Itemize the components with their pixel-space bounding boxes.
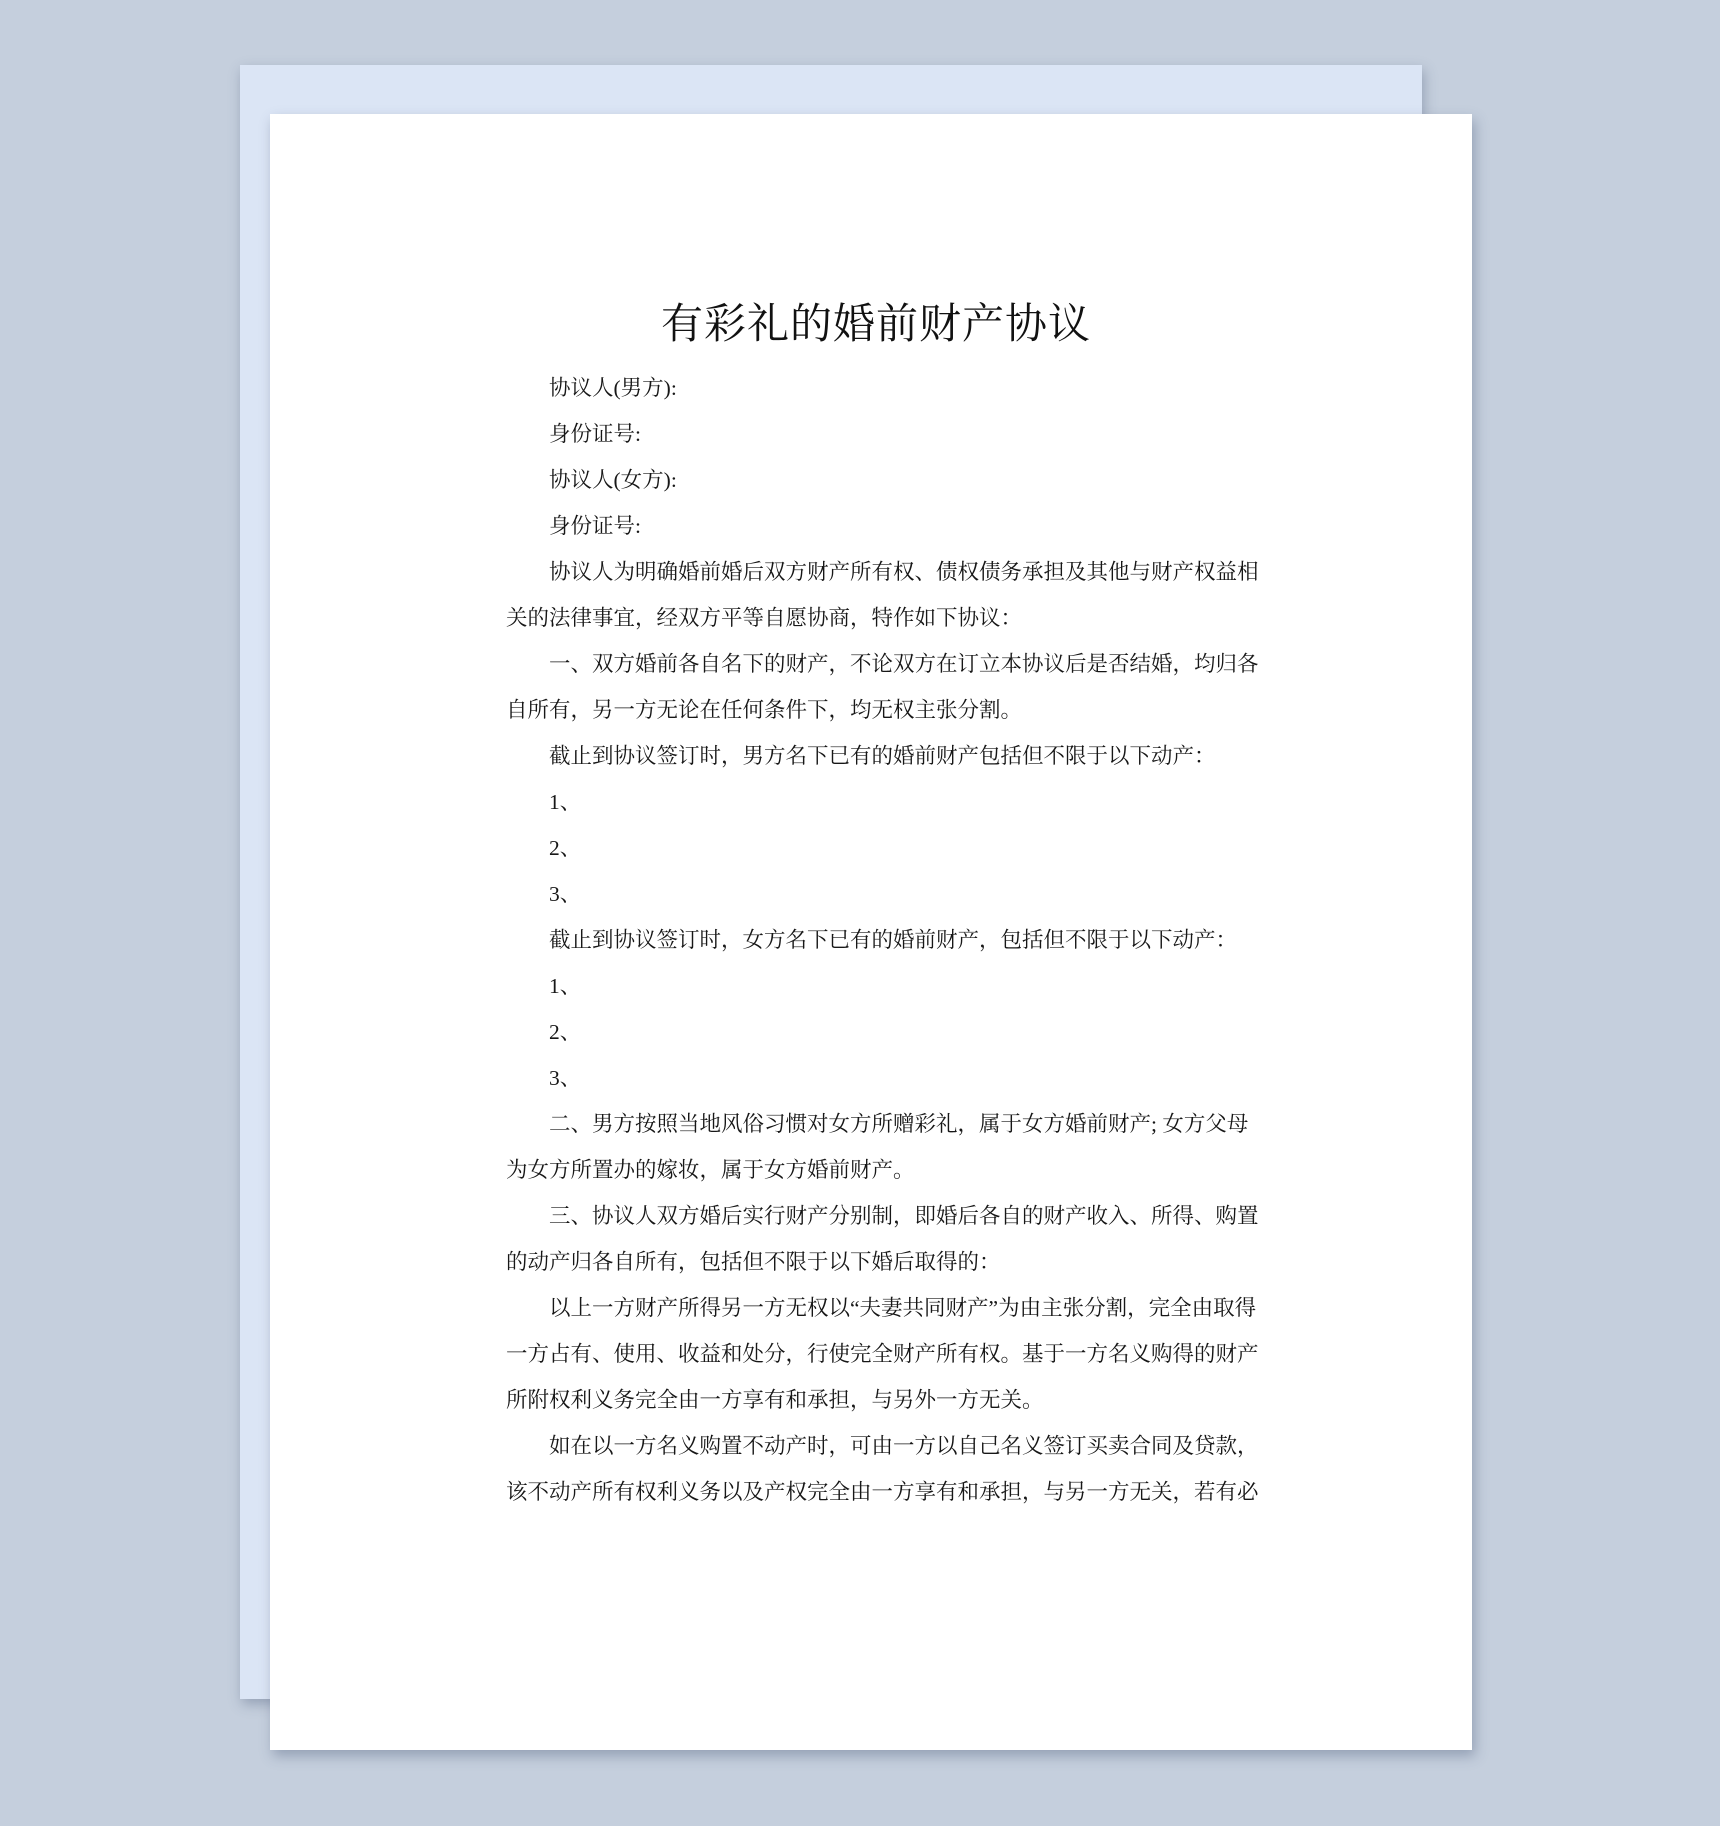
text-line: 协议人(女方):	[506, 457, 1246, 503]
text-line: 所附权利义务完全由一方享有和承担，与另外一方无关。	[506, 1377, 1246, 1423]
text-line: 截止到协议签订时，男方名下已有的婚前财产包括但不限于以下动产：	[506, 733, 1246, 779]
text-line: 3、	[506, 1055, 1246, 1101]
text-line: 一方占有、使用、收益和处分，行使完全财产所有权。基于一方名义购得的财产	[506, 1331, 1246, 1377]
text-line: 身份证号:	[506, 503, 1246, 549]
document-title: 有彩礼的婚前财产协议	[506, 302, 1246, 348]
text-line: 1、	[506, 963, 1246, 1009]
text-line: 二、男方按照当地风俗习惯对女方所赠彩礼，属于女方婚前财产; 女方父母	[506, 1101, 1246, 1147]
text-line: 协议人(男方):	[506, 365, 1246, 411]
text-line: 2、	[506, 825, 1246, 871]
document-page: 有彩礼的婚前财产协议 协议人(男方):身份证号:协议人(女方):身份证号:协议人…	[270, 114, 1472, 1750]
text-line: 为女方所置办的嫁妆，属于女方婚前财产。	[506, 1147, 1246, 1193]
text-line: 截止到协议签订时，女方名下已有的婚前财产，包括但不限于以下动产：	[506, 917, 1246, 963]
text-line: 的动产归各自所有，包括但不限于以下婚后取得的：	[506, 1239, 1246, 1285]
text-line: 自所有，另一方无论在任何条件下，均无权主张分割。	[506, 687, 1246, 733]
text-line: 如在以一方名义购置不动产时，可由一方以自己名义签订买卖合同及贷款，	[506, 1423, 1246, 1469]
text-line: 2、	[506, 1009, 1246, 1055]
text-line: 一、双方婚前各自名下的财产，不论双方在订立本协议后是否结婚，均归各	[506, 641, 1246, 687]
text-line: 该不动产所有权利义务以及产权完全由一方享有和承担，与另一方无关，若有必	[506, 1469, 1246, 1515]
text-line: 身份证号:	[506, 411, 1246, 457]
text-line: 3、	[506, 871, 1246, 917]
text-line: 三、协议人双方婚后实行财产分别制，即婚后各自的财产收入、所得、购置	[506, 1193, 1246, 1239]
document-lines: 协议人(男方):身份证号:协议人(女方):身份证号:协议人为明确婚前婚后双方财产…	[506, 365, 1246, 1515]
desk-background: 有彩礼的婚前财产协议 协议人(男方):身份证号:协议人(女方):身份证号:协议人…	[0, 0, 1720, 1826]
text-line: 以上一方财产所得另一方无权以“夫妻共同财产”为由主张分割，完全由取得	[506, 1285, 1246, 1331]
text-line: 1、	[506, 779, 1246, 825]
text-line: 协议人为明确婚前婚后双方财产所有权、债权债务承担及其他与财产权益相	[506, 549, 1246, 595]
text-line: 关的法律事宜，经双方平等自愿协商，特作如下协议：	[506, 595, 1246, 641]
